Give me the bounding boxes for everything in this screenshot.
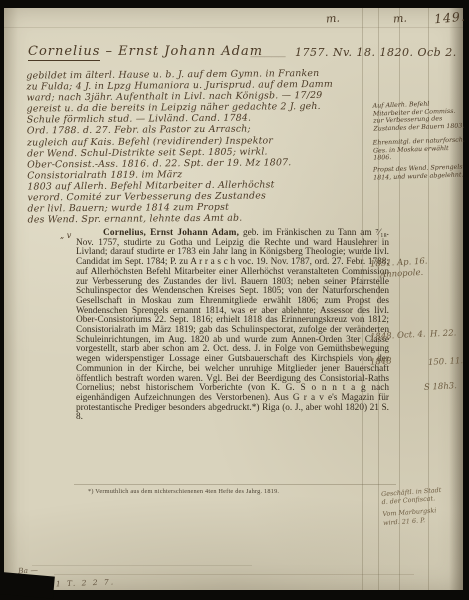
header-rule <box>4 27 463 28</box>
margin-date-1848: 1848. Oct. 4. <box>370 330 426 343</box>
bottom-margin-note: Geschäftl. in Stadt d. der Confiscat. Vo… <box>381 484 469 527</box>
margin-note-annopole: Annopole. <box>380 268 424 280</box>
entry-given-names: – Ernst Johann Adam <box>100 44 263 59</box>
margin-ref-150: 150. 11. <box>428 356 464 368</box>
scanned-archive-page: m. m. 149. Cornelius – Ernst Johann Adam… <box>0 0 469 600</box>
margin-date-1848b: 1848 <box>370 356 392 367</box>
page-number: 149. <box>433 9 466 27</box>
entry-heading: Cornelius – Ernst Johann Adam <box>28 44 263 59</box>
header-ditto-mark-1: m. <box>326 12 341 26</box>
margin-ref-h22: H. 22. <box>430 328 457 339</box>
paper-sheet: m. m. 149. Cornelius – Ernst Johann Adam… <box>4 8 463 590</box>
printed-body: geb. im Fränkischen zu Tann am ⁷⁄₁₈. Nov… <box>76 228 389 422</box>
margin-note-moskau: Ehrenmitgl. der naturforsch. Ges. in Mos… <box>373 136 468 162</box>
entry-surname: Cornelius <box>28 44 100 61</box>
manuscript-line: des Wend. Spr. ernannt, lehnte das Amt a… <box>28 212 378 226</box>
bottom-rule-short <box>32 565 252 566</box>
heading-flourish: ————— <box>250 52 285 61</box>
printed-biography: Cornelius, Ernst Johann Adam, geb. im Fr… <box>76 229 389 423</box>
printed-name: Cornelius, Ernst Johann Adam, <box>103 228 239 238</box>
margin-ref-s1843: S 18h3. <box>424 381 457 393</box>
footnote: *) Vermuthlich aus dem nichterschienenen… <box>88 488 279 495</box>
entry-life-dates: 1757. Nv. 18. 1820. Ocb 2. <box>295 46 457 59</box>
header-ditto-mark-2: m. <box>393 12 408 26</box>
margin-note-commission: Auf Allerh. Befehl Mitarbeiter der Commi… <box>372 99 467 133</box>
bottom-rule-long <box>54 574 414 575</box>
footnote-rule <box>74 484 396 485</box>
printed-lead-mark: „ v <box>60 231 71 240</box>
manuscript-biography: gebildet im älterl. Hause u. b. J. auf d… <box>26 67 377 225</box>
torn-corner <box>0 571 55 598</box>
